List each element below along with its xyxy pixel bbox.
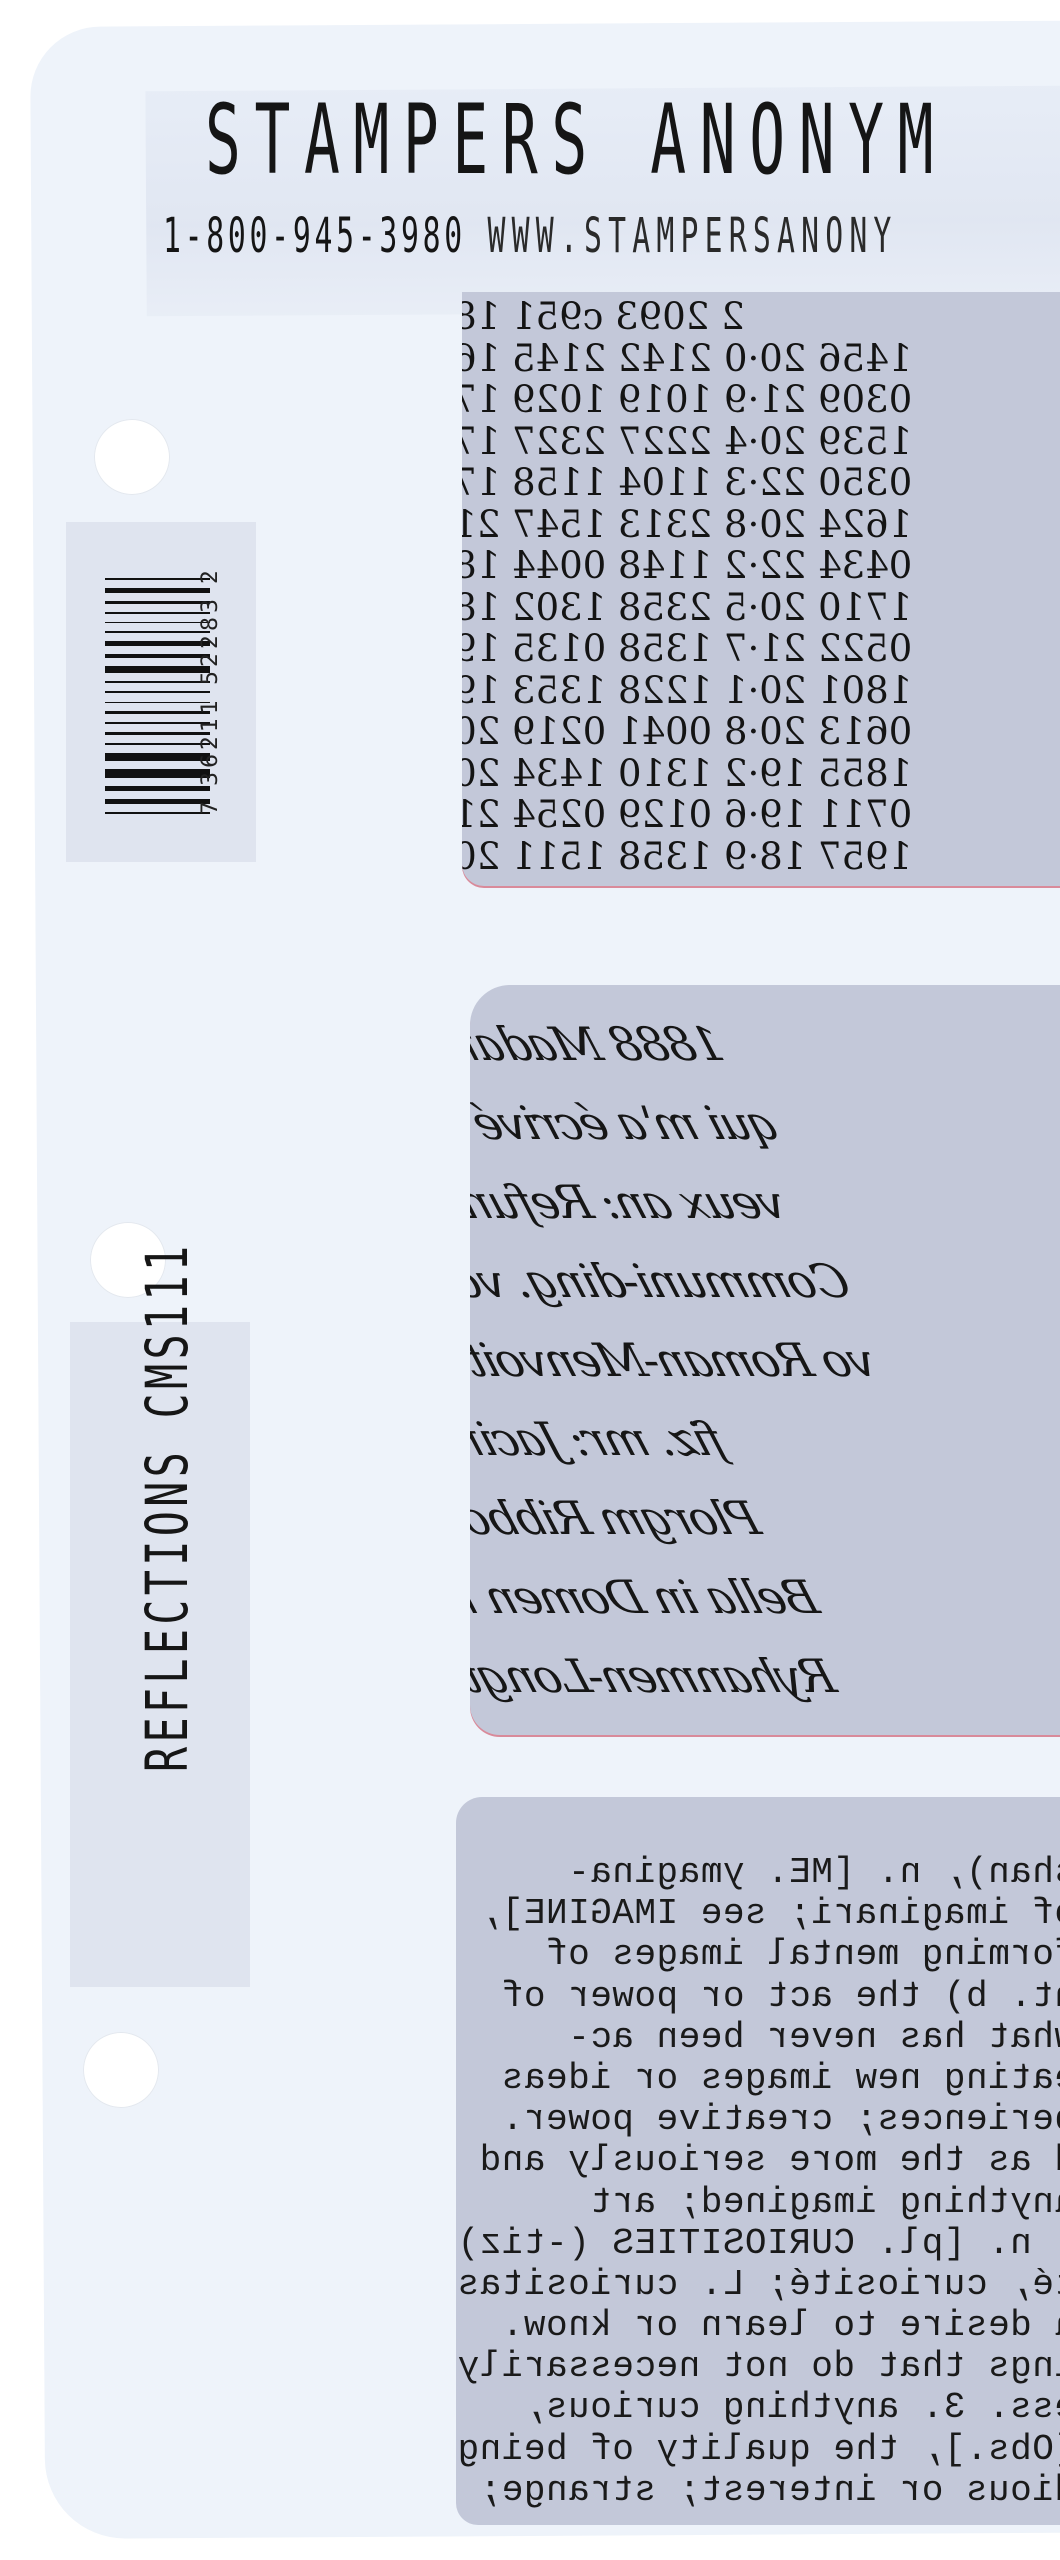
script-stamp: 1888 Madame qui m'a écrivé au veux an: R… bbox=[470, 985, 1060, 1735]
table-row: 0434 22·2 1148 0044 18·1 0720 bbox=[462, 545, 1060, 587]
table-row: 1624 20·8 2313 1547 21·9 1843 bbox=[462, 504, 1060, 546]
script-line: veux an: Refunde bbox=[470, 1163, 1060, 1242]
table-row: 0309 21·9 1019 1029 17·3 0425 bbox=[462, 379, 1060, 421]
script-line: Ryhanmen-Longton bbox=[470, 1637, 1060, 1716]
script-line: 1888 Madame bbox=[470, 1005, 1060, 1084]
binder-hole bbox=[94, 419, 170, 495]
script-text: 1888 Madame qui m'a écrivé au veux an: R… bbox=[470, 1005, 1060, 1735]
dictionary-line: what has never been ac- bbox=[456, 2017, 1060, 2058]
table-row: 0522 21·7 1358 0135 19·4 0821 bbox=[462, 628, 1060, 670]
script-line: Bella in Domen ne. bbox=[470, 1558, 1060, 1637]
script-line: qui m'a écrivé au bbox=[470, 1084, 1060, 1163]
table-row: 1710 20·5 2358 1302 18·4 1946 bbox=[462, 587, 1060, 629]
dictionary-line: ings that do not necessarily bbox=[456, 2346, 1060, 2387]
dictionary-line: a desire to learn or know. bbox=[456, 2305, 1060, 2346]
dictionary-line: , n. [pl. CURIOSITIES (-tiz)], bbox=[456, 2223, 1060, 2264]
product-label: REFLECTIONS CMS111 bbox=[138, 1242, 196, 1772]
binder-hole bbox=[83, 2032, 159, 2108]
dictionary-line: of imaginari; see IMAGINE], bbox=[456, 1893, 1060, 1934]
dictionary-line: periences; creative power. bbox=[456, 2099, 1060, 2140]
table-row: 1539 20·4 2227 2327 17·0 1716 bbox=[462, 421, 1060, 463]
table-row: 1456 20·0 2142 2145 16·9 1537 bbox=[462, 338, 1060, 380]
table-row: 2 2093 c951 18·2 0248 bbox=[462, 296, 1060, 338]
dictionary-line: shan), n. [ME. ymagina- bbox=[456, 1852, 1060, 1893]
dictionary-line: nt. b) the act or power of bbox=[456, 1976, 1060, 2017]
script-line: Plorgm Ribbo af bbox=[470, 1479, 1060, 1558]
website: WWW.STAMPERSANONY bbox=[488, 208, 898, 264]
table-row: 1801 20·1 1228 1353 19·5 2041 bbox=[462, 670, 1060, 712]
script-line: vo Roman-Menvoitre. bbox=[470, 1321, 1060, 1400]
dictionary-line: anything imagined; art bbox=[456, 2182, 1060, 2223]
contact-line: 1-800-945-3980 WWW.STAMPERSANONY bbox=[163, 212, 898, 260]
numbers-table: 2 2093 c951 18·2 0248 1456 20·0 2142 214… bbox=[462, 296, 1060, 877]
script-line: fiz. mr: Jacire-l bbox=[470, 1400, 1060, 1479]
dictionary-line: ess. 3. anything curious, bbox=[456, 2387, 1060, 2428]
table-row: 1855 19·2 1310 1434 20·2 2125 bbox=[462, 753, 1060, 795]
dictionary-line: d as the more seriously and bbox=[456, 2140, 1060, 2181]
script-line: Communi-ding. vou! bbox=[470, 1242, 1060, 1321]
dictionary-line: forming mental images of bbox=[456, 1934, 1060, 1975]
dictionary-line: dious or interest; strange; bbox=[456, 2470, 1060, 2511]
script-line: Diane aunt-ianfy n bbox=[470, 1716, 1060, 1735]
dictionary-line: [Obs.], the quality of being bbox=[456, 2429, 1060, 2470]
dictionary-line: té, curiosité; L. curiositas < bbox=[456, 2264, 1060, 2305]
barcode bbox=[105, 578, 210, 814]
table-row: 0711 19·6 0129 0254 21·4 0954 bbox=[462, 794, 1060, 836]
table-row: 0350 22·3 1104 1158 17·4 0604 bbox=[462, 462, 1060, 504]
dictionary-text: shan), n. [ME. ymagina- of imaginari; se… bbox=[456, 1852, 1060, 2511]
table-row: 0613 20·8 0041 0219 20·5 0911 bbox=[462, 711, 1060, 753]
barcode-number: 7 36211 52283 2 bbox=[198, 585, 223, 815]
dictionary-line: eating new images or ideas bbox=[456, 2058, 1060, 2099]
dictionary-stamp: shan), n. [ME. ymagina- of imaginari; se… bbox=[456, 1797, 1060, 2525]
table-row: 1957 18·9 1358 1511 20·8 2204 bbox=[462, 836, 1060, 878]
brand-name: STAMPERS ANONYM bbox=[205, 92, 947, 188]
numbers-table-stamp: 2 2093 c951 18·2 0248 1456 20·0 2142 214… bbox=[462, 292, 1060, 886]
phone-number: 1-800-945-3980 bbox=[163, 208, 466, 264]
